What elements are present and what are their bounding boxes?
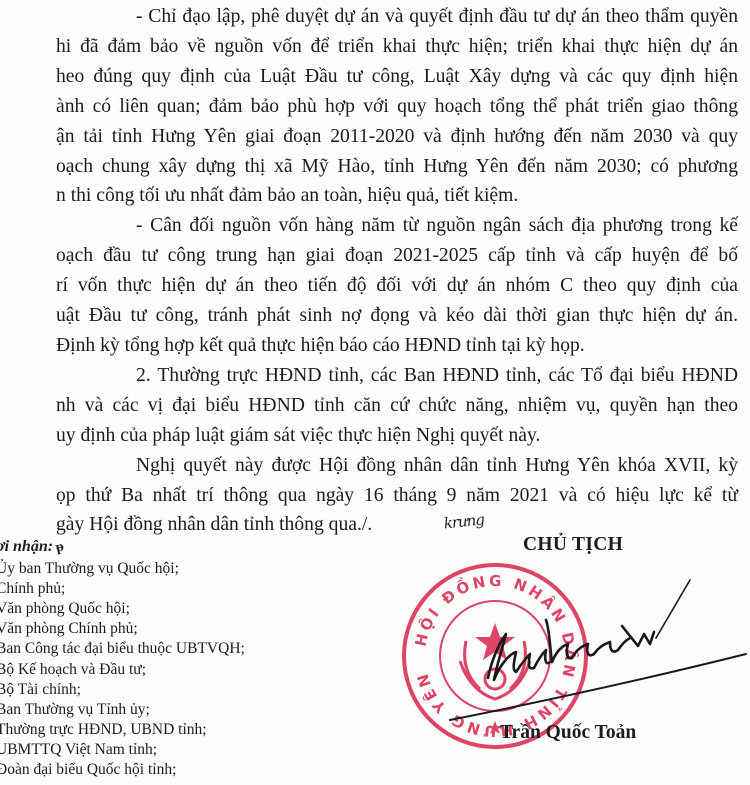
signer-name: Trần Quốc Toản (500, 722, 636, 744)
recipients-title-text: ơi nhận: (0, 538, 53, 555)
recipient-item: Đoàn đại biểu Quốc hội tỉnh; (0, 760, 396, 780)
text-line: nh và các vị đại biểu HĐND tỉnh căn cứ c… (0, 391, 738, 421)
text-line: - Chỉ đạo lập, phê duyệt dự án và quyết … (0, 2, 738, 32)
recipient-item: Văn phòng Quốc hội; (0, 599, 396, 619)
recipient-item: Thường trực HĐND, UBND tỉnh; (0, 720, 396, 740)
recipient-item: Văn phòng Chính phủ; (0, 619, 396, 639)
recipient-item: Ban Thường vụ Tỉnh ủy; (0, 700, 396, 720)
recipient-item: Ủy ban Thường vụ Quốc hội; (0, 559, 396, 579)
text-line: hi đã đảm bảo về nguồn vốn để triển khai… (0, 32, 738, 62)
recipient-item: Ban Công tác đại biểu thuộc UBTVQH; (0, 639, 396, 659)
document-body: - Chỉ đạo lập, phê duyệt dự án và quyết … (0, 2, 738, 541)
handwritten-mark-icon: ᵽ (54, 537, 66, 558)
paragraph-article-2: 2. Thường trực HĐND tỉnh, các Ban HĐND t… (0, 361, 738, 451)
document-page: - Chỉ đạo lập, phê duyệt dự án và quyết … (0, 0, 750, 785)
text-line-content: gày Hội đồng nhân dân tỉnh thông qua./. (56, 514, 372, 535)
text-line: 2. Thường trực HĐND tỉnh, các Ban HĐND t… (0, 361, 738, 391)
recipient-item: Chính phủ; (0, 579, 396, 599)
recipients-block: ơi nhận:ᵽ Ủy ban Thường vụ Quốc hội; Chí… (0, 537, 396, 780)
paragraph-adoption-clause: Nghị quyết này được Hội đồng nhân dân tỉ… (0, 451, 738, 542)
text-line: n thi công tối ưu nhất đảm bảo an toàn, … (0, 181, 738, 211)
text-line: - Cân đối nguồn vốn hàng năm từ nguồn ng… (0, 211, 738, 241)
recipient-item: Bộ Tài chính; (0, 680, 396, 700)
paragraph-directive-funding: - Cân đối nguồn vốn hàng năm từ nguồn ng… (0, 211, 738, 361)
text-line: ành có liên quan; đảm bảo phù hợp với qu… (0, 92, 738, 122)
text-line: ận tải tỉnh Hưng Yên giai đoạn 2011-2020… (0, 122, 738, 152)
paragraph-directive-approval: - Chỉ đạo lập, phê duyệt dự án và quyết … (0, 2, 738, 211)
text-line: uật Đầu tư công, tránh phát sinh nợ đọng… (0, 301, 738, 331)
recipient-item: Bộ Kế hoạch và Đầu tư; (0, 660, 396, 680)
text-line: ọp thứ Ba nhất trí thông qua ngày 16 thá… (0, 481, 738, 511)
text-line: heo đúng quy định của Luật Đầu tư công, … (0, 62, 738, 92)
text-line: Nghị quyết này được Hội đồng nhân dân tỉ… (0, 451, 738, 481)
text-line: rí vốn thực hiện dự án theo tiến độ đối … (0, 271, 738, 301)
handwritten-signature-icon (430, 550, 750, 750)
text-line: uy định của pháp luật giám sát việc thực… (0, 421, 738, 451)
text-line: oạch chung xây dựng thị xã Mỹ Hào, tỉnh … (0, 152, 738, 182)
recipient-item: UBMTTQ Việt Nam tỉnh; (0, 740, 396, 760)
recipients-title: ơi nhận:ᵽ (0, 537, 396, 558)
text-line: Định kỳ tổng hợp kết quả thực hiện báo c… (0, 331, 738, 361)
text-line: oạch đầu tư công trung hạn giai đoạn 202… (0, 241, 738, 271)
